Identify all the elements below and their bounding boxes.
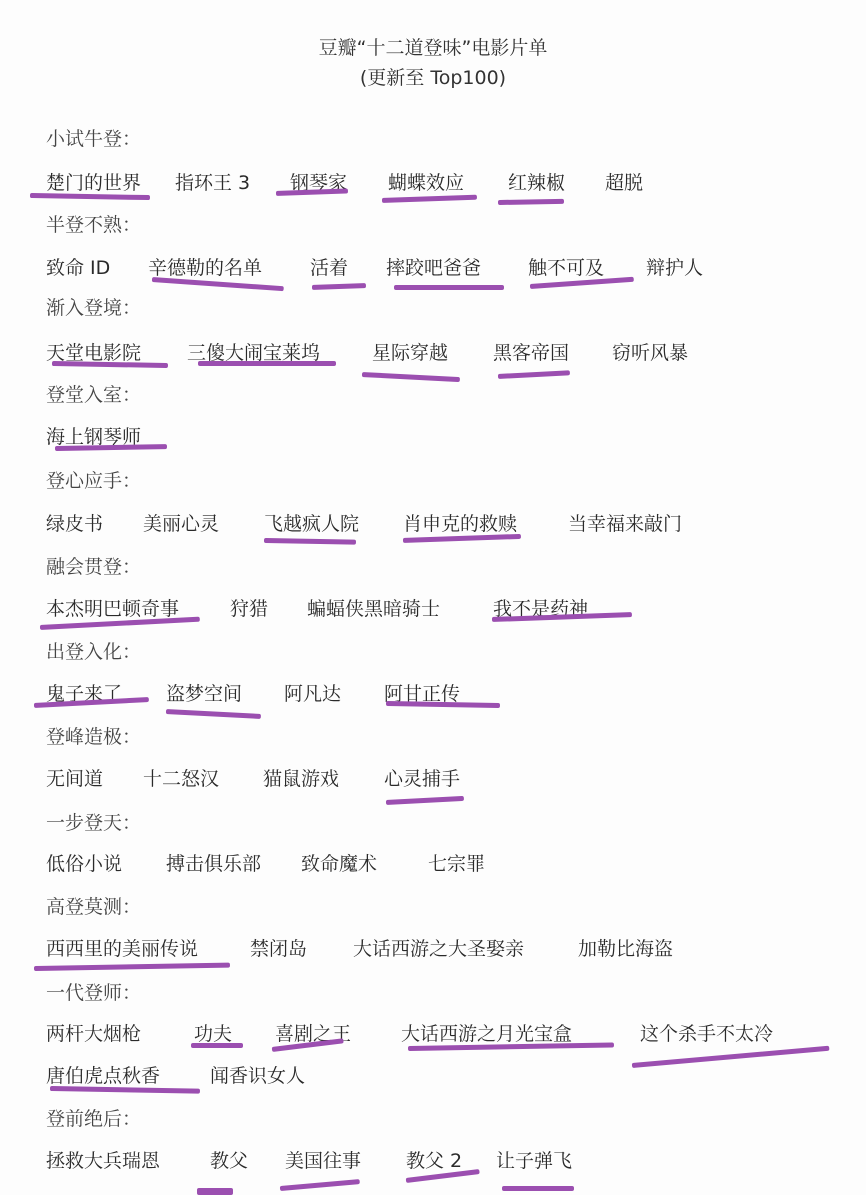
highlight-underline	[382, 195, 477, 203]
movie-item: 加勒比海盗	[578, 934, 673, 961]
movie-item: 低俗小说	[46, 849, 122, 876]
category-label: 一步登天：	[46, 808, 141, 835]
movie-item: 心灵捕手	[384, 764, 460, 791]
highlight-underline	[52, 361, 168, 368]
movie-item: 触不可及	[528, 253, 604, 280]
movie-item: 美国往事	[285, 1146, 361, 1173]
movie-item: 七宗罪	[428, 849, 485, 876]
movie-item: 蝙蝠侠黑暗骑士	[307, 594, 440, 621]
movie-item: 肖申克的救赎	[403, 509, 517, 536]
movie-item: 让子弹飞	[496, 1146, 572, 1173]
highlight-underline	[386, 701, 500, 708]
page-subtitle: (更新至 Top100)	[0, 63, 866, 90]
highlight-underline	[498, 199, 564, 205]
movie-item: 闻香识女人	[210, 1061, 305, 1088]
category-label: 一代登师：	[46, 978, 141, 1005]
highlight-underline	[362, 372, 460, 382]
category-label: 渐入登境：	[46, 293, 141, 320]
movie-item: 这个杀手不太冷	[640, 1019, 773, 1046]
highlight-underline	[191, 1043, 243, 1048]
movie-item: 拯救大兵瑞恩	[46, 1146, 160, 1173]
highlight-underline	[498, 370, 570, 379]
movie-item: 指环王 3	[175, 168, 250, 195]
movie-item: 两杆大烟枪	[46, 1019, 141, 1046]
movie-item: 禁闭岛	[250, 934, 307, 961]
movie-item: 唐伯虎点秋香	[46, 1061, 160, 1088]
category-label: 小试牛登：	[46, 124, 141, 151]
movie-item: 蝴蝶效应	[388, 168, 464, 195]
movie-item: 致命 ID	[46, 253, 110, 280]
movie-item: 西西里的美丽传说	[46, 934, 198, 961]
category-label: 登峰造极：	[46, 722, 141, 749]
movie-item: 活着	[310, 253, 348, 280]
movie-item: 当幸福来敲门	[568, 509, 682, 536]
movie-item: 教父 2	[406, 1146, 462, 1173]
movie-item: 阿凡达	[284, 679, 341, 706]
category-label: 出登入化：	[46, 637, 141, 664]
category-label: 登前绝后：	[46, 1104, 141, 1131]
highlight-underline	[166, 709, 261, 719]
category-label: 登心应手：	[46, 466, 141, 493]
movie-item: 楚门的世界	[46, 168, 141, 195]
movie-item: 辛德勒的名单	[148, 253, 262, 280]
movie-item: 辩护人	[646, 253, 703, 280]
highlight-underline	[55, 444, 167, 451]
movie-item: 大话西游之大圣娶亲	[353, 934, 524, 961]
category-label: 登堂入室：	[46, 380, 141, 407]
highlight-underline	[198, 361, 336, 366]
movie-item: 十二怒汉	[143, 764, 219, 791]
category-label: 高登莫测：	[46, 892, 141, 919]
movie-item: 盗梦空间	[166, 679, 242, 706]
category-label: 半登不熟：	[46, 210, 141, 237]
movie-item: 星际穿越	[372, 338, 448, 365]
movie-item: 摔跤吧爸爸	[386, 253, 481, 280]
movie-item: 本杰明巴顿奇事	[46, 594, 179, 621]
highlight-underline	[197, 1188, 233, 1195]
movie-item: 绿皮书	[46, 509, 103, 536]
movie-item: 猫鼠游戏	[263, 764, 339, 791]
movie-item: 飞越疯人院	[264, 509, 359, 536]
movie-item: 超脱	[605, 168, 643, 195]
highlight-underline	[386, 796, 464, 805]
highlight-underline	[502, 1186, 574, 1191]
movie-item: 大话西游之月光宝盒	[401, 1019, 572, 1046]
movie-item: 搏击俱乐部	[166, 849, 261, 876]
highlight-underline	[312, 283, 366, 290]
highlight-underline	[30, 193, 150, 200]
highlight-underline	[632, 1046, 830, 1068]
movie-item: 无间道	[46, 764, 103, 791]
movie-item: 致命魔术	[301, 849, 377, 876]
movie-item: 狩猎	[230, 594, 268, 621]
highlight-underline	[280, 1179, 360, 1191]
movie-item: 窃听风暴	[612, 338, 688, 365]
category-label: 融会贯登：	[46, 552, 141, 579]
movie-item: 教父	[210, 1146, 248, 1173]
movie-item: 红辣椒	[508, 168, 565, 195]
highlight-underline	[34, 963, 230, 971]
movie-item: 黑客帝国	[493, 338, 569, 365]
highlight-underline	[50, 1086, 200, 1094]
movie-item: 功夫	[194, 1019, 232, 1046]
page-title: 豆瓣“十二道登味”电影片单	[0, 33, 866, 60]
highlight-underline	[394, 285, 504, 290]
movie-item: 美丽心灵	[143, 509, 219, 536]
highlight-underline	[264, 538, 356, 545]
